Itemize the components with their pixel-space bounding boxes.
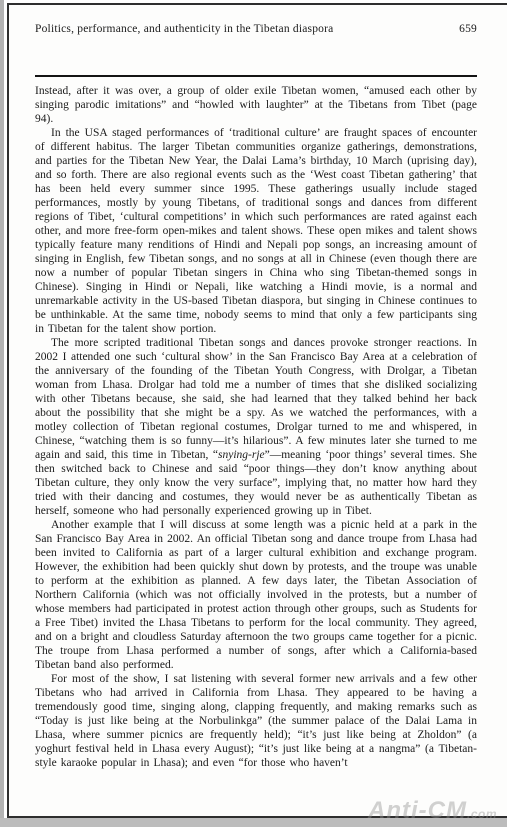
scanned-page-canvas: Politics, performance, and authenticity … [0,0,507,827]
text-segment: The more scripted traditional Tibetan so… [35,337,477,461]
watermark-brand: Anti-CM [368,797,467,824]
document-page: Politics, performance, and authenticity … [7,3,507,818]
text-segment: Instead, after it was over, a group of o… [35,85,477,125]
text-segment: Another example that I will discuss at s… [35,519,477,671]
running-head-title: Politics, performance, and authenticity … [35,23,333,35]
paragraph: Another example that I will discuss at s… [35,518,477,672]
scan-edge-left [0,0,4,827]
text-segment: snying-rje [218,449,265,461]
paragraph: For most of the show, I sat listening wi… [35,672,477,770]
watermark-tld: .com [467,807,497,821]
text-segment: In the USA staged performances of ‘tradi… [35,127,477,335]
page-number: 659 [459,23,477,35]
header-rule [35,75,477,77]
text-segment: For most of the show, I sat listening wi… [35,673,477,769]
watermark: Anti-CM.com [368,797,497,825]
paragraph: In the USA staged performances of ‘tradi… [35,126,477,336]
article-body: Instead, after it was over, a group of o… [35,84,477,770]
paragraph: Instead, after it was over, a group of o… [35,84,477,126]
paragraph: The more scripted traditional Tibetan so… [35,336,477,518]
page-header: Politics, performance, and authenticity … [35,23,477,35]
